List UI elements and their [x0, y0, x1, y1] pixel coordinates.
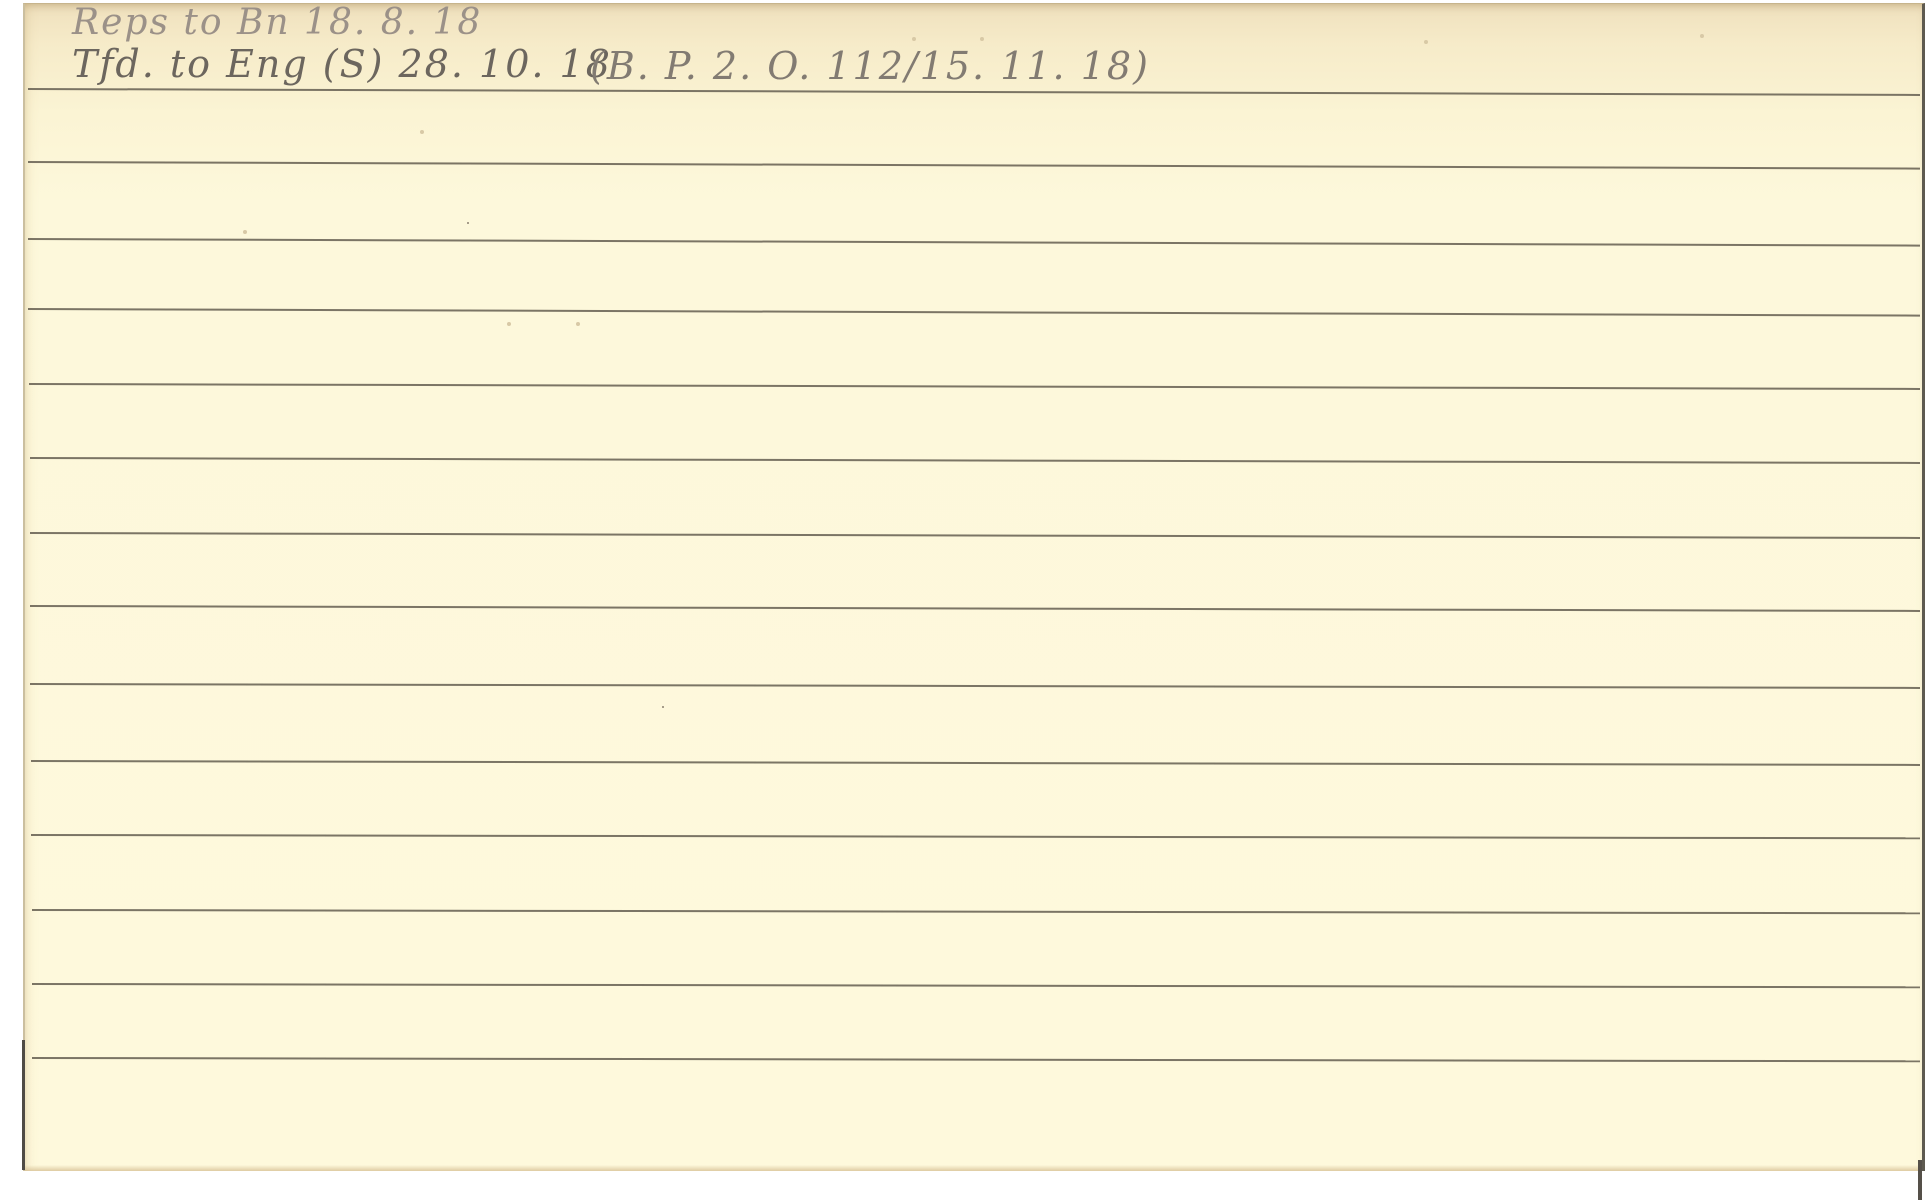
- paper-speck: [1700, 34, 1704, 38]
- paper-speck: [576, 322, 580, 326]
- paper-speck: [243, 230, 247, 234]
- card-left-edge-shadow: [22, 1040, 25, 1170]
- paper-speck: [1424, 40, 1428, 44]
- handwritten-entry-reported: Reps to Bn 18. 8. 18: [72, 2, 482, 43]
- card-right-edge-shadow: [1918, 1160, 1922, 1200]
- paper-speck: [980, 37, 984, 41]
- paper-speck: [912, 37, 916, 41]
- paper-speck: [420, 130, 424, 134]
- index-card: [23, 3, 1925, 1171]
- paper-speck: [467, 222, 469, 224]
- handwritten-entry-transferred: Tfd. to Eng (S) 28. 10. 18: [72, 42, 612, 86]
- paper-speck: [662, 706, 664, 708]
- paper-speck: [507, 322, 511, 326]
- handwritten-entry-reference: (B. P. 2. O. 112/15. 11. 18): [590, 44, 1150, 88]
